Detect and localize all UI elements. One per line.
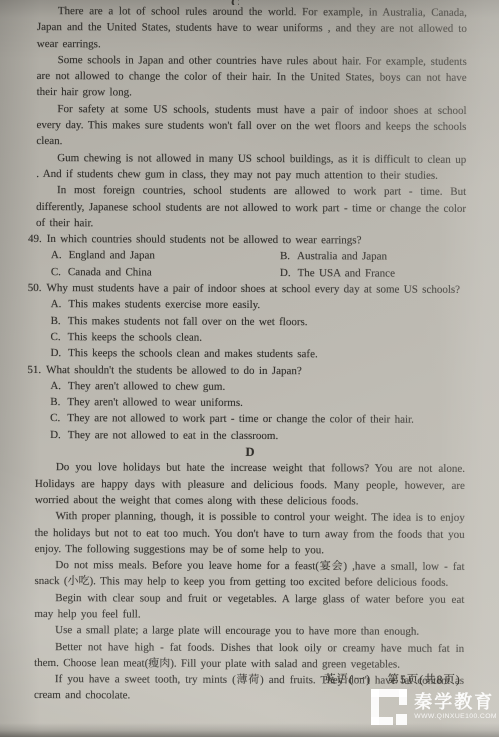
paragraph: Better not have high - fat foods. Dishes… (34, 639, 464, 673)
question-stem: In which countries should students not b… (47, 233, 362, 246)
answer-option: B.They aren't allowed to wear uniforms. (50, 394, 465, 412)
option-text: This makes students exercise more easily… (68, 298, 260, 311)
watermark-brand: 秦学教育 (414, 693, 497, 711)
option-label: C. (51, 266, 61, 278)
answer-option: C.This keeps the schools clean. (51, 329, 466, 347)
section-d-label: D (35, 443, 465, 461)
question-stem-line: 49.In which countries should students no… (28, 231, 466, 249)
answer-option: A.This makes students exercise more easi… (51, 296, 466, 314)
scanned-exam-page: C There are a lot of school rules around… (0, 0, 499, 737)
paragraph: With proper planning, though, it is poss… (35, 508, 465, 559)
option-text: This keeps the schools clean and makes s… (68, 347, 318, 360)
option-label: A. (50, 380, 61, 392)
watermark-text: 秦学教育 WWW.QINXUE100.COM (414, 693, 497, 721)
paragraph: Begin with clear soup and fruit or veget… (34, 590, 464, 624)
answer-option: B.Australia and Japan (280, 249, 466, 266)
option-text: They aren't allowed to chew gum. (68, 380, 225, 393)
option-label: B. (51, 315, 61, 327)
qinxue-logo-icon (371, 689, 407, 725)
option-text: They are not allowed to work part - time… (67, 413, 414, 427)
paragraph: In most foreign countries, school studen… (36, 182, 466, 233)
option-text: They aren't allowed to wear uniforms. (67, 396, 243, 409)
option-list: A.England and JapanB.Australia and Japan… (51, 248, 466, 282)
option-text: The USA and France (298, 267, 395, 279)
option-label: C. (51, 331, 61, 343)
paragraph: Do not miss meals. Before you leave home… (34, 557, 464, 591)
question: 49.In which countries should students no… (36, 231, 466, 282)
option-text: Canada and China (68, 266, 152, 278)
option-list: A.They aren't allowed to chew gum.B.They… (50, 378, 465, 445)
question-number: 49. (28, 233, 42, 245)
question: 50.Why must students have a pair of indo… (35, 280, 465, 363)
passage-c: There are a lot of school rules around t… (36, 3, 467, 233)
answer-option: D.They are not allowed to eat in the cla… (50, 427, 465, 445)
answer-option: C.Canada and China (51, 264, 280, 281)
question-number: 50. (28, 282, 42, 294)
page-content: There are a lot of school rules around t… (34, 3, 467, 706)
answer-option: A.England and Japan (51, 248, 280, 265)
watermark: 秦学教育 WWW.QINXUE100.COM (371, 689, 497, 725)
answer-option: D.This keeps the schools clean and makes… (50, 345, 465, 363)
option-text: This keeps the schools clean. (68, 331, 202, 344)
option-label: B. (280, 251, 290, 263)
paragraph: Do you love holidays but hate the increa… (35, 459, 465, 510)
option-text: They are not allowed to eat in the class… (68, 429, 278, 442)
option-text: This makes students not fall over on the… (68, 315, 308, 328)
answer-option: D.The USA and France (280, 265, 466, 282)
option-text: Australia and Japan (297, 251, 387, 263)
question-stem-line: 50.Why must students have a pair of indo… (28, 280, 466, 298)
question-stem-line: 51.What shouldn't the students be allowe… (27, 361, 465, 379)
option-label: D. (50, 429, 61, 441)
question-number: 51. (27, 363, 41, 375)
option-label: C. (50, 412, 60, 424)
question-list: 49.In which countries should students no… (35, 231, 466, 445)
section-c-partial-label: C (231, 0, 240, 5)
question: 51.What shouldn't the students be allowe… (35, 362, 465, 445)
question-stem: What shouldn't the students be allowed t… (46, 364, 302, 377)
paragraph: Use a small plate; a large plate will en… (34, 622, 464, 640)
paragraph: Some schools in Japan and other countrie… (37, 52, 467, 103)
answer-option: A.They aren't allowed to chew gum. (50, 378, 465, 396)
paragraph: Gum chewing is not allowed in many US sc… (36, 150, 466, 184)
page-footer: 英语(一) 第5页(共8页) (324, 671, 461, 688)
answer-option: C.They are not allowed to work part - ti… (50, 410, 465, 428)
option-label: B. (50, 396, 60, 408)
watermark-url: WWW.QINXUE100.COM (414, 714, 497, 721)
question-stem: Why must students have a pair of indoor … (46, 282, 460, 296)
option-label: A. (51, 298, 62, 310)
option-text: England and Japan (69, 250, 155, 262)
option-label: A. (51, 250, 62, 262)
option-label: D. (50, 347, 61, 359)
paragraph: For safety at some US schools, students … (36, 101, 466, 152)
answer-option: B.This makes students not fall over on t… (51, 313, 466, 331)
option-list: A.This makes students exercise more easi… (50, 296, 465, 363)
paragraph: There are a lot of school rules around t… (37, 3, 467, 54)
option-label: D. (280, 267, 291, 279)
passage-d: Do you love holidays but hate the increa… (34, 459, 465, 705)
